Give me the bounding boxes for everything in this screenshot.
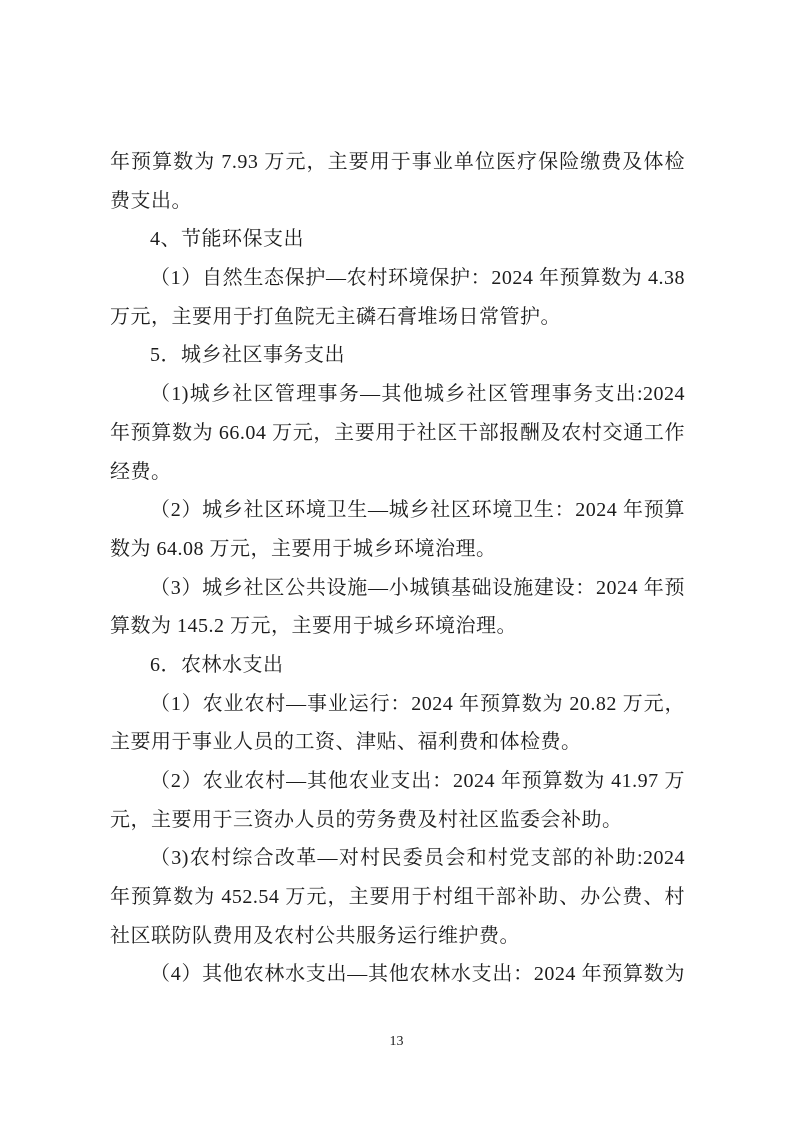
page-number: 13 [0, 1032, 793, 1052]
text-line: 主要用于事业人员的工资、津贴、福利费和体检费。 [110, 723, 685, 762]
text-line: （1)城乡社区管理事务—其他城乡社区管理事务支出:2024 [110, 375, 685, 414]
document-page: 年预算数为 7.93 万元，主要用于事业单位医疗保险缴费及体检费支出。4、节能环… [0, 0, 793, 1122]
text-line: （1）农业农村—事业运行：2024 年预算数为 20.82 万元， [110, 685, 685, 724]
text-line: （2）农业农村—其他农业支出：2024 年预算数为 41.97 万 [110, 762, 685, 801]
text-line: 年预算数为 452.54 万元，主要用于村组干部补助、办公费、村 [110, 878, 685, 917]
text-line: 经费。 [110, 453, 685, 492]
text-line: 4、节能环保支出 [110, 220, 685, 259]
text-line: 6．农林水支出 [110, 646, 685, 685]
text-line: 万元，主要用于打鱼院无主磷石膏堆场日常管护。 [110, 298, 685, 337]
text-line: （3)农村综合改革—对村民委员会和村党支部的补助:2024 [110, 839, 685, 878]
document-body: 年预算数为 7.93 万元，主要用于事业单位医疗保险缴费及体检费支出。4、节能环… [110, 143, 685, 994]
text-line: 费支出。 [110, 182, 685, 221]
text-line: （1）自然生态保护—农村环境保护：2024 年预算数为 4.38 [110, 259, 685, 298]
text-line: 社区联防队费用及农村公共服务运行维护费。 [110, 917, 685, 956]
text-line: （4）其他农林水支出—其他农林水支出：2024 年预算数为 [110, 955, 685, 994]
text-line: （3）城乡社区公共设施—小城镇基础设施建设：2024 年预 [110, 569, 685, 608]
text-line: 年预算数为 7.93 万元，主要用于事业单位医疗保险缴费及体检 [110, 143, 685, 182]
text-line: 5．城乡社区事务支出 [110, 336, 685, 375]
text-line: 元，主要用于三资办人员的劳务费及村社区监委会补助。 [110, 801, 685, 840]
text-line: 算数为 145.2 万元，主要用于城乡环境治理。 [110, 607, 685, 646]
text-line: 年预算数为 66.04 万元，主要用于社区干部报酬及农村交通工作 [110, 414, 685, 453]
text-line: （2）城乡社区环境卫生—城乡社区环境卫生：2024 年预算 [110, 491, 685, 530]
text-line: 数为 64.08 万元，主要用于城乡环境治理。 [110, 530, 685, 569]
